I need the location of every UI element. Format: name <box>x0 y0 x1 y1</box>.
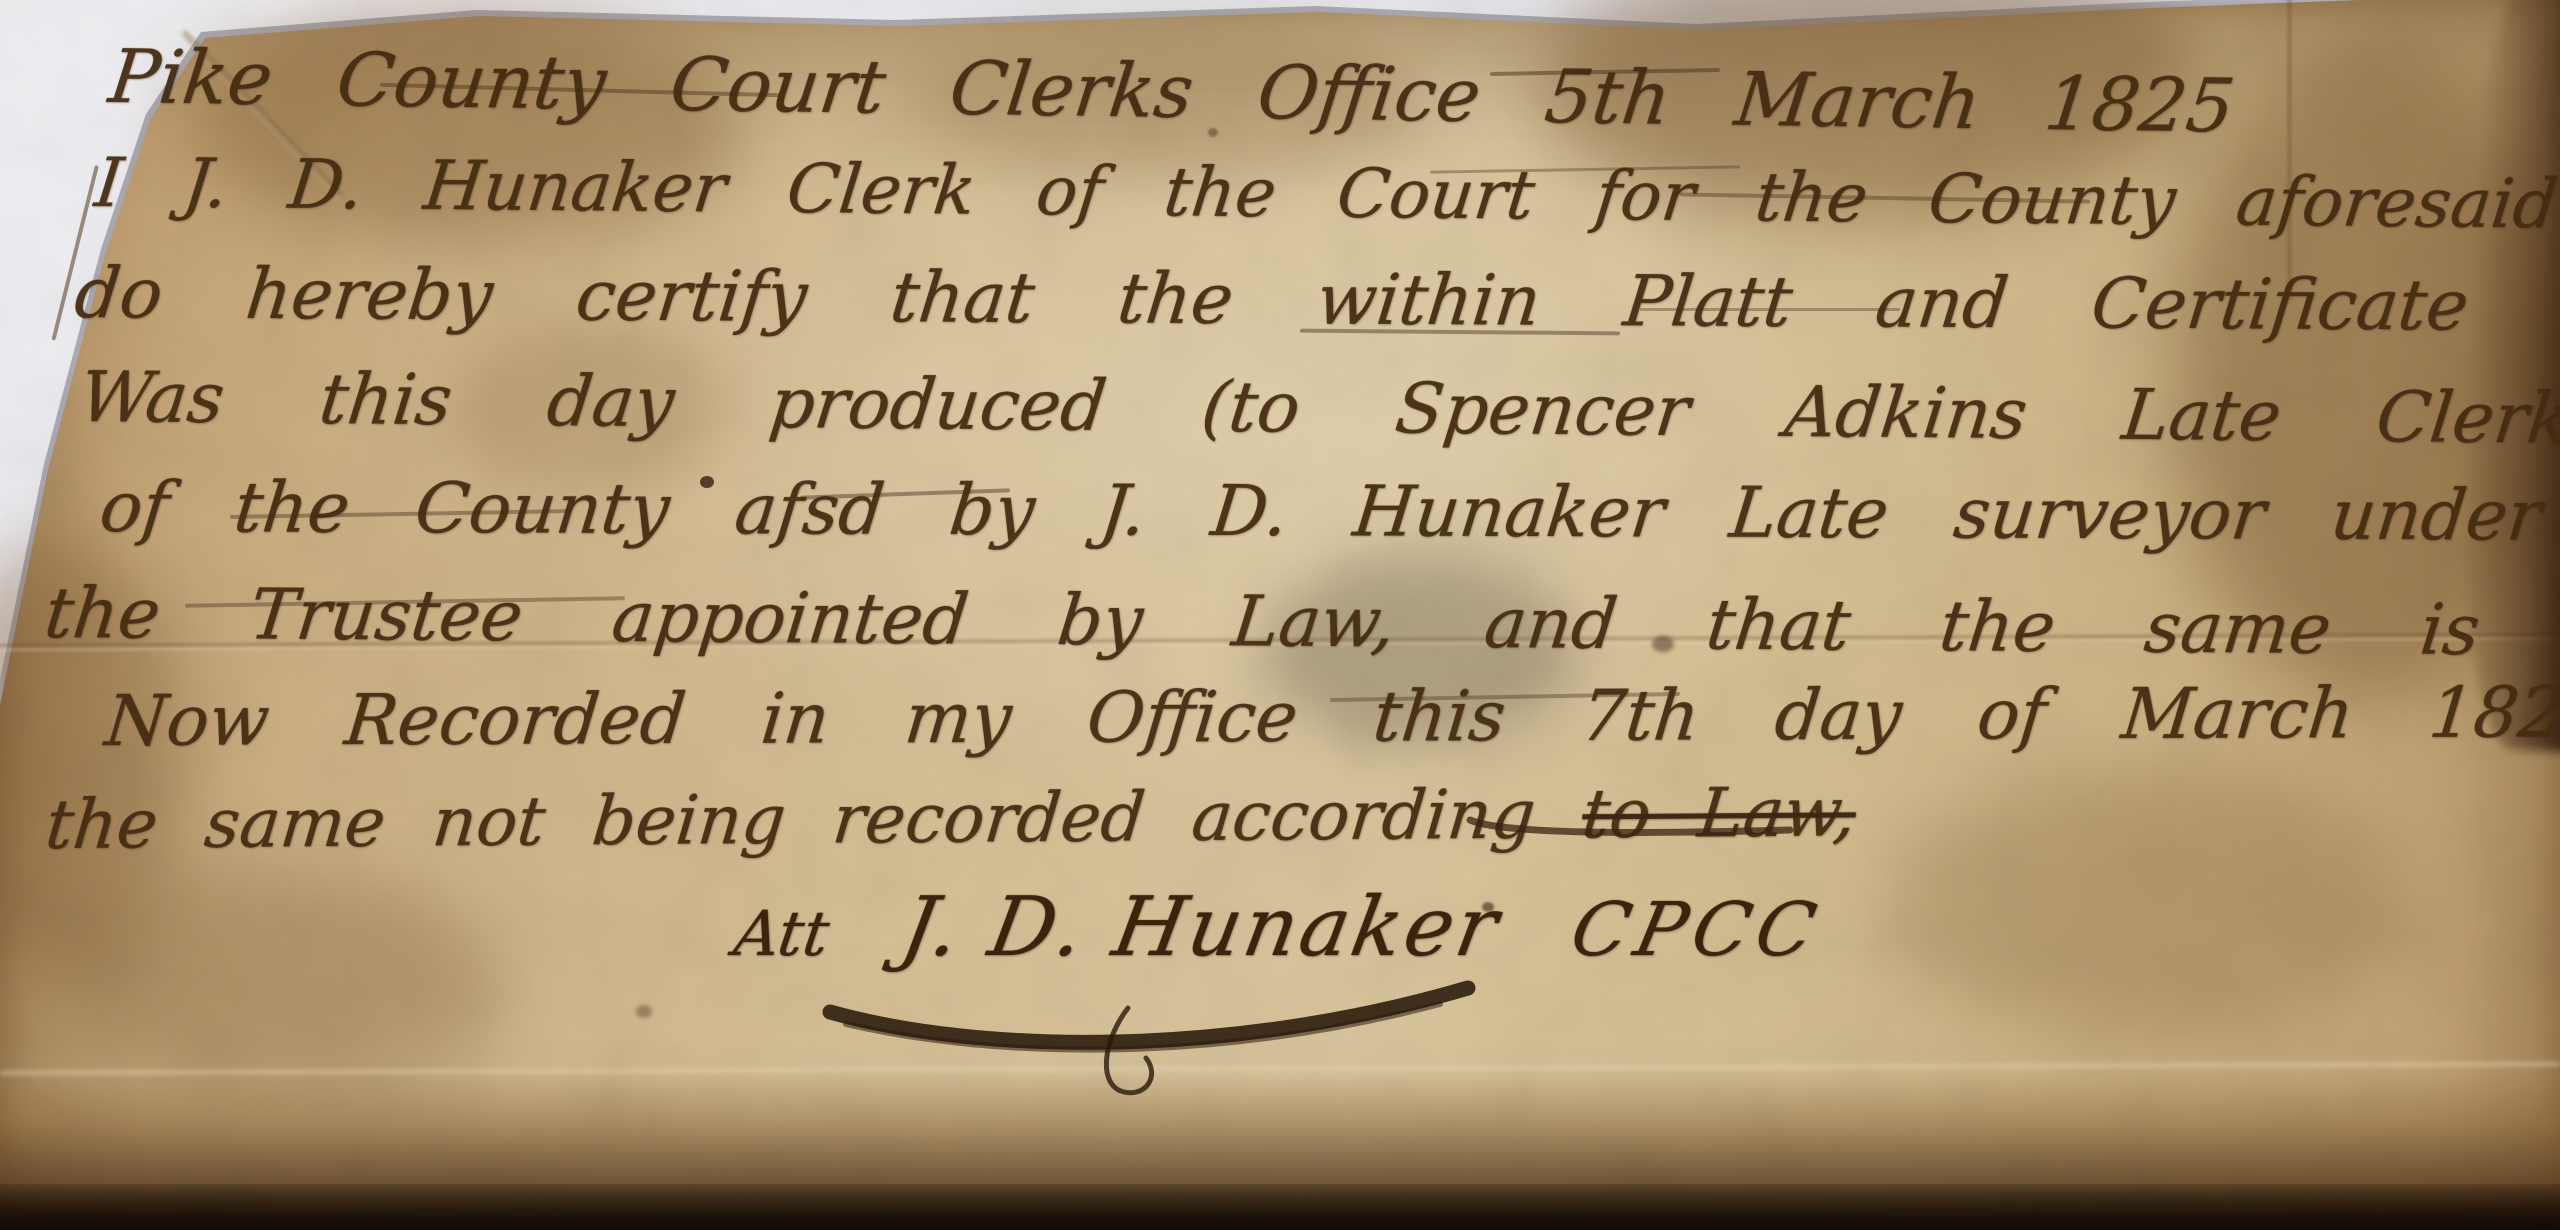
handwritten-line-7: Now Recorded in my Office this 7th day o… <box>102 671 2560 762</box>
document-photo: Pike County Court Clerks Office 5th Marc… <box>0 0 2560 1230</box>
handwritten-line-8: the same not being recorded according to… <box>42 773 1860 865</box>
signature-row: Att J. D. Hunaker CPCC <box>735 880 1820 975</box>
handwritten-line-3: do hereby certify that the within Platt … <box>71 252 2473 346</box>
signature-suffix: CPCC <box>1563 887 1829 973</box>
signature-name: J. D. Hunaker <box>894 880 1507 975</box>
line-8-main-text: the same not being recorded according <box>42 775 1586 865</box>
struck-words: to Law, <box>1579 773 1860 854</box>
handwritten-line-6: the Trustee appointed by Law, and that t… <box>41 572 2484 671</box>
handwritten-line-5: of the County afsd by J. D. Hunaker Late… <box>96 466 2546 556</box>
signature-attest: Att <box>730 897 834 970</box>
